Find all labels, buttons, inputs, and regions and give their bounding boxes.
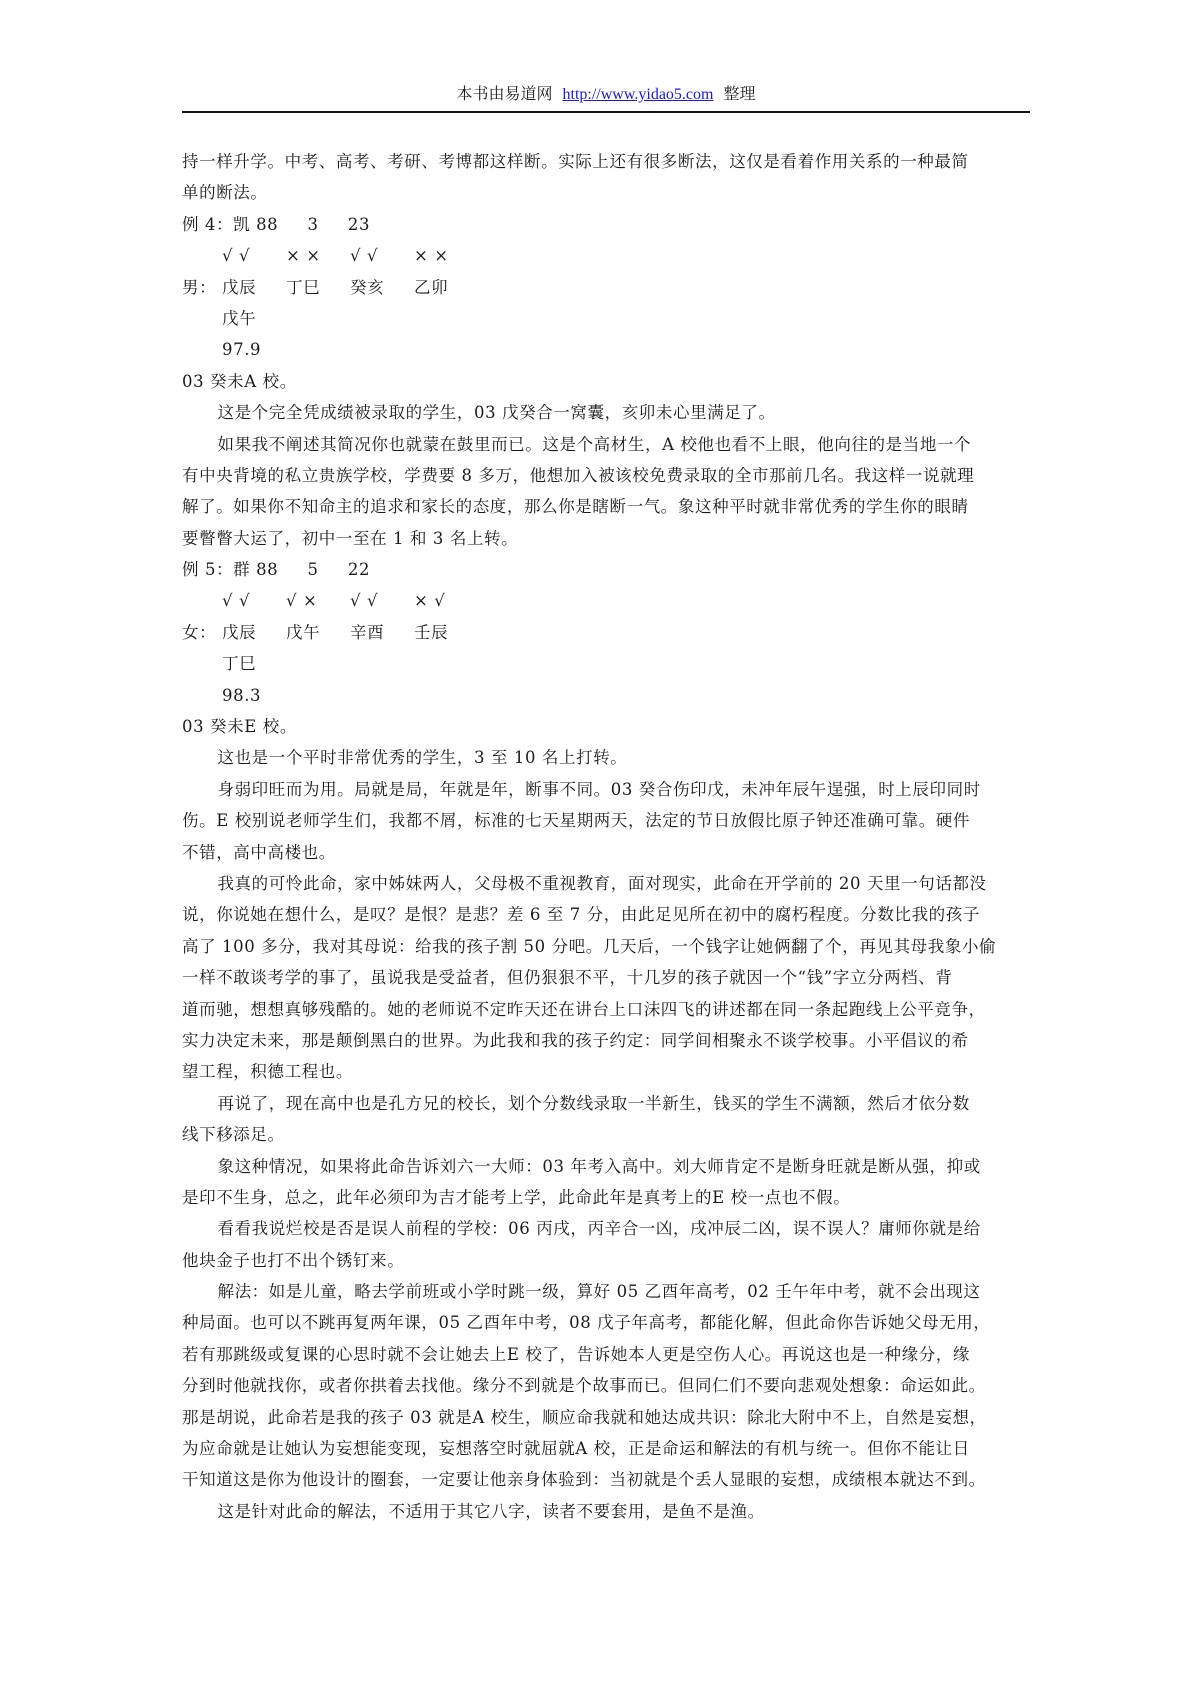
text-line: 再说了，现在高中也是孔方兄的校长，划个分数线录取一半新生，钱买的学生不满额，然后… [182, 1088, 1032, 1119]
example-month: 5 [308, 560, 319, 579]
text-line: 若有那跳级或复课的心思时就不会让她去上E 校了，告诉她本人更是空伤人心。再说这也… [182, 1339, 1032, 1370]
text-line: 干知道这是你为他设计的圈套，一定要让他亲身体验到：当初就是个丢人显眼的妄想，成绩… [182, 1464, 1032, 1495]
mark-cell: √ √ [350, 585, 414, 616]
text-line: 那是胡说，此命若是我的孩子 03 就是A 校生，顺应命我就和她达成共识：除北大附… [182, 1402, 1032, 1433]
text-line: 分到时他就找你，或者你拱着去找他。缘分不到就是个故事而已。但同仁们不要向悲观处想… [182, 1370, 1032, 1401]
paragraph: 象这种情况，如果将此命告诉刘六一大师：03 年考入高中。刘大师肯定不是断身旺就是… [182, 1151, 1032, 1214]
text-line: 这也是一个平时非常优秀的学生，3 至 10 名上打转。 [182, 742, 1032, 773]
text-line: 种局面。也可以不跳再复两年课，05 乙酉年中考，08 戊子年高考，都能化解，但此… [182, 1307, 1032, 1338]
example-4: 例 4：凯 88 3 23 √ √× ×√ √× × 男：戊辰丁巳癸亥乙卯 戊午… [182, 209, 1032, 554]
paragraph: 如果我不阐述其简况你也就蒙在鼓里而已。这是个高材生，A 校他也看不上眼，他向往的… [182, 429, 1032, 555]
example-month: 3 [308, 215, 319, 234]
text-line: 这是针对此命的解法，不适用于其它八字，读者不要套用，是鱼不是渔。 [182, 1496, 1032, 1527]
mark-cell: √ √ [350, 240, 414, 271]
score: 98.3 [182, 680, 1032, 711]
paragraph: 再说了，现在高中也是孔方兄的校长，划个分数线录取一半新生，钱买的学生不满额，然后… [182, 1088, 1032, 1151]
paragraph: 看看我说烂校是否是误人前程的学校：06 丙戌，丙辛合一凶，戌冲辰二凶，误不误人？… [182, 1213, 1032, 1276]
mark-cell: × × [286, 240, 350, 271]
gender-label: 女： [182, 617, 222, 648]
pillar-cell: 癸亥 [350, 272, 414, 303]
example-day: 23 [348, 215, 370, 234]
example-title-row: 例 5：群 88 5 22 [182, 554, 1032, 585]
text-line: 看看我说烂校是否是误人前程的学校：06 丙戌，丙辛合一凶，戌冲辰二凶，误不误人？… [182, 1213, 1032, 1244]
text-line: 他块金子也打不出个锈钉来。 [182, 1245, 1032, 1276]
mark-cell: √ √ [222, 585, 286, 616]
example-title: 例 4：凯 88 [182, 215, 278, 234]
document-body: 持一样升学。中考、高考、考研、考博都这样断。实际上还有很多断法，这仅是看着作用关… [182, 146, 1032, 1527]
text-line: 线下移添足。 [182, 1119, 1032, 1150]
mark-cell: × √ [414, 585, 478, 616]
pillar-cell: 丁巳 [286, 272, 350, 303]
extra-pillar: 戊午 [182, 303, 1032, 334]
paragraph: 身弱印旺而为用。局就是局，年就是年，断事不同。03 癸合伤印戊，未冲年辰午逞强，… [182, 774, 1032, 868]
text-line: 实力决定未来，那是颠倒黑白的世界。为此我和我的孩子约定：同学间相聚永不谈学校事。… [182, 1025, 1032, 1056]
paragraph: 这也是一个平时非常优秀的学生，3 至 10 名上打转。 [182, 742, 1032, 773]
header-prefix: 本书由易道网 [457, 86, 553, 103]
text-line: 伤。E 校别说老师学生们，我都不屑，标准的七天星期两天，法定的节日放假比原子钟还… [182, 805, 1032, 836]
document-page: 本书由易道网 http://www.yidao5.com 整理 持一样升学。中考… [0, 0, 1200, 1697]
text-line: 望工程，积德工程也。 [182, 1056, 1032, 1087]
pillars-row: 男：戊辰丁巳癸亥乙卯 [182, 272, 1032, 303]
mark-cell: √ × [286, 585, 350, 616]
result-line: 03 癸未A 校。 [182, 366, 1032, 397]
text-line: 一样不敢谈考学的事了，虽说我是受益者，但仍狠狠不平，十几岁的孩子就因一个“钱”字… [182, 962, 1032, 993]
pillars-row: 女：戊辰戊午辛酉壬辰 [182, 617, 1032, 648]
intro-paragraph: 持一样升学。中考、高考、考研、考博都这样断。实际上还有很多断法，这仅是看着作用关… [182, 146, 1032, 209]
header-link[interactable]: http://www.yidao5.com [563, 86, 714, 103]
pillar-cell: 壬辰 [414, 617, 478, 648]
text-line: 象这种情况，如果将此命告诉刘六一大师：03 年考入高中。刘大师肯定不是断身旺就是… [182, 1151, 1032, 1182]
text-line: 解了。如果你不知命主的追求和家长的态度，那么你是瞎断一气。象这种平时就非常优秀的… [182, 491, 1032, 522]
paragraph: 这是针对此命的解法，不适用于其它八字，读者不要套用，是鱼不是渔。 [182, 1496, 1032, 1527]
paragraph: 这是个完全凭成绩被录取的学生，03 戊癸合一窝囊，亥卯未心里满足了。 [182, 397, 1032, 428]
example-title: 例 5：群 88 [182, 560, 278, 579]
text-line: 要瞥瞥大运了，初中一至在 1 和 3 名上转。 [182, 523, 1032, 554]
text-line: 我真的可怜此命，家中姊妹两人，父母极不重视教育，面对现实，此命在开学前的 20 … [182, 868, 1032, 899]
text-line: 是印不生身，总之，此年必须印为吉才能考上学，此命此年是真考上的E 校一点也不假。 [182, 1182, 1032, 1213]
text-line: 高了 100 多分，我对其母说：给我的孩子割 50 分吧。几天后，一个钱字让她俩… [182, 931, 1032, 962]
gender-label: 男： [182, 272, 222, 303]
pillar-cell: 乙卯 [414, 272, 478, 303]
text-line: 如果我不阐述其简况你也就蒙在鼓里而已。这是个高材生，A 校他也看不上眼，他向往的… [182, 429, 1032, 460]
pillar-cell: 戊午 [286, 617, 350, 648]
example-5: 例 5：群 88 5 22 √ √√ ×√ √× √ 女：戊辰戊午辛酉壬辰 丁巳… [182, 554, 1032, 1527]
mark-cell: × × [414, 240, 478, 271]
extra-pillar: 丁巳 [182, 648, 1032, 679]
header-divider [182, 111, 1030, 113]
example-title-row: 例 4：凯 88 3 23 [182, 209, 1032, 240]
header-suffix: 整理 [723, 86, 755, 103]
text-line: 解法：如是儿童，略去学前班或小学时跳一级，算好 05 乙酉年高考，02 壬午年中… [182, 1276, 1032, 1307]
result-line: 03 癸未E 校。 [182, 711, 1032, 742]
score: 97.9 [182, 334, 1032, 365]
pillar-cell: 戊辰 [222, 272, 286, 303]
text-line: 这是个完全凭成绩被录取的学生，03 戊癸合一窝囊，亥卯未心里满足了。 [182, 397, 1032, 428]
example-day: 22 [348, 560, 370, 579]
pillar-cell: 戊辰 [222, 617, 286, 648]
marks-row: √ √√ ×√ √× √ [182, 585, 1032, 616]
paragraph: 我真的可怜此命，家中姊妹两人，父母极不重视教育，面对现实，此命在开学前的 20 … [182, 868, 1032, 1088]
text-line: 有中央背境的私立贵族学校，学费要 8 多万，他想加入被该校免费录取的全市那前几名… [182, 460, 1032, 491]
text-line: 单的断法。 [182, 177, 1032, 208]
text-line: 道而驰，想想真够残酷的。她的老师说不定昨天还在讲台上口沫四飞的讲述都在同一条起跑… [182, 994, 1032, 1025]
text-line: 持一样升学。中考、高考、考研、考博都这样断。实际上还有很多断法，这仅是看着作用关… [182, 146, 1032, 177]
pillar-cell: 辛酉 [350, 617, 414, 648]
text-line: 不错，高中高楼也。 [182, 837, 1032, 868]
text-line: 身弱印旺而为用。局就是局，年就是年，断事不同。03 癸合伤印戊，未冲年辰午逞强，… [182, 774, 1032, 805]
mark-cell: √ √ [222, 240, 286, 271]
marks-row: √ √× ×√ √× × [182, 240, 1032, 271]
text-line: 为应命就是让她认为妄想能变现，妄想落空时就屈就A 校，正是命运和解法的有机与统一… [182, 1433, 1032, 1464]
paragraph: 解法：如是儿童，略去学前班或小学时跳一级，算好 05 乙酉年高考，02 壬午年中… [182, 1276, 1032, 1496]
text-line: 说，你说她在想什么，是叹？是恨？是悲？差 6 至 7 分，由此足见所在初中的腐朽… [182, 899, 1032, 930]
page-header: 本书由易道网 http://www.yidao5.com 整理 [182, 84, 1030, 106]
